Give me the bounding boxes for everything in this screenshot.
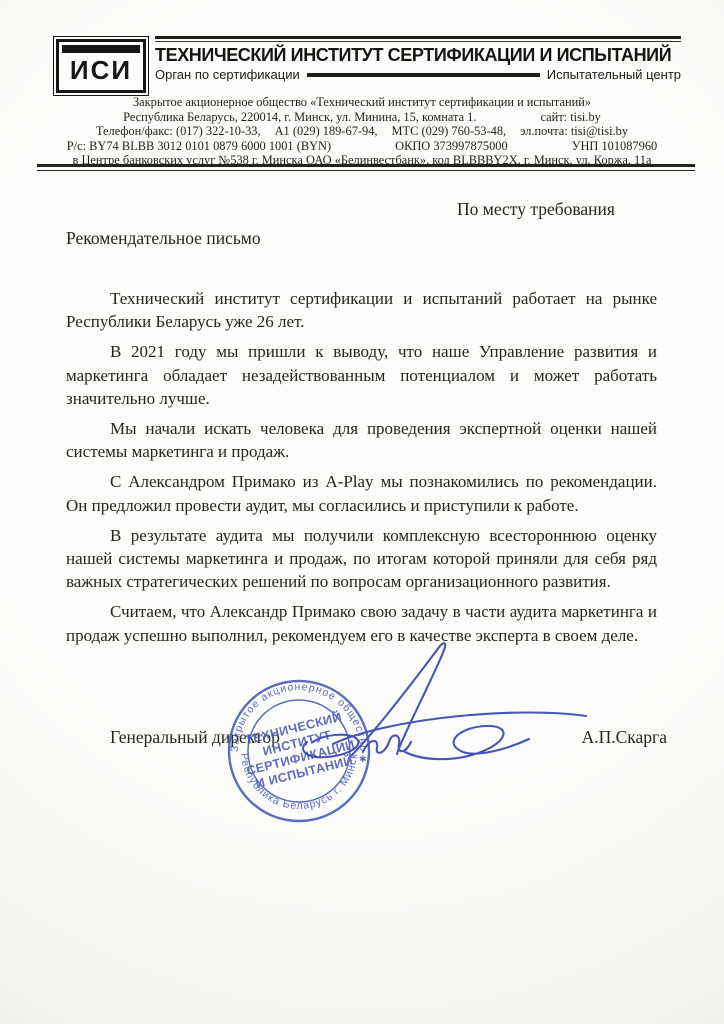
phone-a1: А1 (029) 189-67-94, [275, 124, 378, 139]
scanned-letter-page: ИСИ ТЕХНИЧЕСКИЙ ИНСТИТУТ СЕРТИФИКАЦИИ И … [0, 0, 724, 1024]
bank-account: Р/с: BY74 BLBB 3012 0101 0879 6000 1001 … [67, 139, 331, 154]
paragraph: В результате аудита мы получили комплекс… [66, 524, 657, 594]
address-line: Республика Беларусь, 220014, г. Минск, у… [42, 110, 682, 125]
paragraph: Мы начали искать человека для проведения… [66, 417, 657, 463]
address-line: Закрытое акционерное общество «Техническ… [42, 95, 682, 110]
phone-mts: МТС (029) 760-53-48, [392, 124, 507, 139]
letterhead-right: ТЕХНИЧЕСКИЙ ИНСТИТУТ СЕРТИФИКАЦИИ И ИСПЫ… [155, 36, 681, 93]
address-block: Закрытое акционерное общество «Техническ… [42, 95, 682, 168]
logo-top-bar [62, 45, 140, 53]
subtitle-divider-rule [307, 73, 540, 77]
letterhead-bottom-rule [37, 164, 695, 171]
letter-subject: Рекомендательное письмо [66, 228, 261, 249]
paragraph: Технический институт сертификации и испы… [66, 287, 657, 333]
company-name-line: Закрытое акционерное общество «Техническ… [133, 95, 591, 110]
letterhead-top-rule [155, 36, 681, 42]
isi-logo: ИСИ [56, 39, 146, 93]
letterhead: ИСИ ТЕХНИЧЕСКИЙ ИНСТИТУТ СЕРТИФИКАЦИИ И … [56, 36, 681, 93]
certification-body-label: Орган по сертификации [155, 67, 300, 82]
signature-ink [303, 643, 586, 759]
website: сайт: tisi.by [540, 110, 600, 125]
testing-center-label: Испытательный центр [547, 67, 681, 82]
address-line: Телефон/факс: (017) 322-10-33, А1 (029) … [42, 124, 682, 139]
okpo-number: ОКПО 373997875000 [395, 139, 508, 154]
paragraph: В 2021 году мы пришли к выводу, что наше… [66, 340, 657, 410]
email: эл.почта: tisi@tisi.by [520, 124, 628, 139]
institute-title: ТЕХНИЧЕСКИЙ ИНСТИТУТ СЕРТИФИКАЦИИ И ИСПЫ… [155, 45, 681, 66]
letterhead-subtitle-row: Орган по сертификации Испытательный цент… [155, 67, 681, 82]
signer-name: А.П.Скарга [582, 727, 667, 748]
letter-body: Технический институт сертификации и испы… [66, 287, 657, 654]
handwritten-signature [293, 634, 593, 769]
paragraph: С Александром Примако из A-Play мы позна… [66, 470, 657, 516]
recipient-line: По месту требования [457, 199, 615, 220]
phone-fax: Телефон/факс: (017) 322-10-33, [96, 124, 261, 139]
logo-text: ИСИ [59, 53, 143, 87]
address-line: Р/с: BY74 BLBB 3012 0101 0879 6000 1001 … [42, 139, 682, 154]
unp-number: УНП 101087960 [572, 139, 658, 154]
postal-address: Республика Беларусь, 220014, г. Минск, у… [123, 110, 476, 125]
